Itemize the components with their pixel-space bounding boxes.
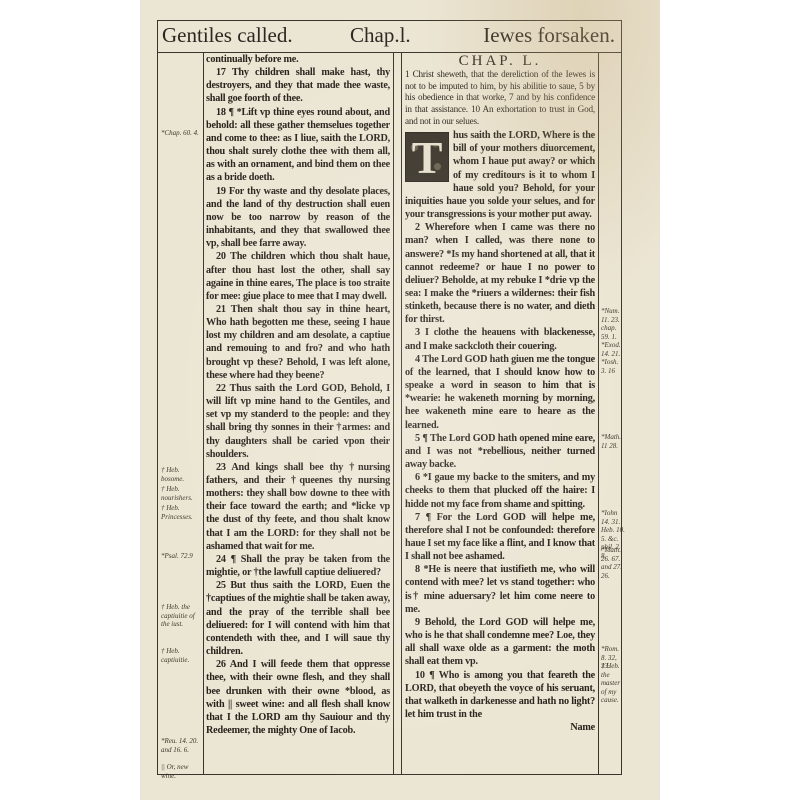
left-margin-rule: [203, 53, 204, 774]
verse-paragraph: 19 For thy waste and thy desolate places…: [206, 185, 390, 251]
verse-paragraph: 8 *He is neere that iustifieth me, who w…: [405, 563, 595, 616]
verse-paragraph: 21 Then shalt thou say in thine heart, W…: [206, 303, 390, 382]
center-rule-a: [393, 53, 394, 774]
running-head: Gentiles called. Chap.l. Iewes forsaken.: [158, 21, 621, 53]
margin-note: *Exod. 14. 21.: [601, 341, 625, 358]
catchword: Name: [405, 721, 595, 734]
verse-paragraph: 9 Behold, the Lord GOD will helpe me, wh…: [405, 616, 595, 669]
margin-note: || Or, new wine.: [161, 763, 201, 780]
verse-paragraph: 22 Thus saith the Lord GOD, Behold, I wi…: [206, 382, 390, 461]
verse-paragraph: continually before me.: [206, 53, 390, 66]
margin-note: *Math. 26. 67. and 27. 26.: [601, 546, 625, 580]
right-margin-rule: [598, 53, 599, 774]
margin-note: † Heb. the captiuitie of the iust.: [161, 603, 201, 629]
verse-paragraph: 20 The children which thou shalt haue, a…: [206, 250, 390, 303]
ornamental-drop-cap: T: [405, 132, 449, 182]
left-margin-notes: *Chap. 60. 4. † Heb. bosome. † Heb. nour…: [158, 53, 203, 773]
margin-note: *Math. 11 28.: [601, 433, 625, 450]
center-rule-b: [401, 53, 402, 774]
chapter-title: CHAP. L.: [405, 55, 595, 68]
verse-paragraph: 10 ¶ Who is among you that feareth the L…: [405, 669, 595, 722]
margin-note: † Heb. bosome.: [161, 466, 201, 483]
margin-note: *Reu. 14. 20. and 16. 6.: [161, 737, 201, 754]
verse-paragraph: 25 But thus saith the LORD, Euen the †ca…: [206, 579, 390, 658]
verse-paragraph: 5 ¶ The Lord GOD hath opened mine eare, …: [405, 432, 595, 471]
verse-paragraph: 4 The Lord GOD hath giuen me the tongue …: [405, 353, 595, 432]
verse-paragraph: 18 ¶ *Lift vp thine eyes round about, an…: [206, 106, 390, 185]
page-frame: Gentiles called. Chap.l. Iewes forsaken.…: [157, 20, 622, 775]
margin-note: † Heb. the master of my cause.: [601, 662, 625, 705]
margin-note: *Psal. 72.9: [161, 552, 201, 561]
right-margin-notes: *Num. 11. 23. chap. 59. 1. *Exod. 14. 21…: [600, 53, 623, 773]
verse-paragraph: 24 ¶ Shall the pray be taken from the mi…: [206, 553, 390, 579]
running-head-chapter: Chap.l.: [350, 23, 411, 48]
verse-paragraph: 17 Thy children shall make hast, thy des…: [206, 66, 390, 105]
summary-text: 1 Christ sheweth, that the dereliction o…: [405, 69, 595, 127]
bible-page: Gentiles called. Chap.l. Iewes forsaken.…: [140, 0, 660, 800]
margin-note: *Chap. 60. 4.: [161, 129, 201, 138]
verse-paragraph: 3 I clothe the heauens with blackenesse,…: [405, 326, 595, 352]
running-head-right: Iewes forsaken.: [483, 23, 615, 48]
first-verse: Thus saith the LORD, Where is the bill o…: [405, 129, 595, 221]
verse-paragraph: 26 And I will feede them that oppresse t…: [206, 658, 390, 737]
running-head-left: Gentiles called.: [162, 23, 293, 48]
verse-paragraph: 2 Wherefore when I came was there no man…: [405, 221, 595, 326]
margin-note: *Iosh. 3. 16: [601, 358, 625, 375]
margin-note: † Heb. captiuitie.: [161, 647, 201, 664]
right-verses: 2 Wherefore when I came was there no man…: [405, 221, 595, 721]
left-text-column: continually before me.17 Thy children sh…: [206, 53, 390, 737]
verse-paragraph: 6 *I gaue my backe to the smiters, and m…: [405, 471, 595, 510]
verse-paragraph: 23 And kings shall bee thy †nursing fath…: [206, 461, 390, 553]
margin-note: *Num. 11. 23. chap. 59. 1.: [601, 307, 625, 341]
chapter-summary: 1 Christ sheweth, that the dereliction o…: [405, 69, 595, 127]
margin-note: † Heb. nourishers.: [161, 485, 201, 502]
margin-note: † Heb. Princesses.: [161, 504, 201, 521]
right-text-column: CHAP. L. 1 Christ sheweth, that the dere…: [405, 53, 595, 734]
verse-paragraph: 7 ¶ For the Lord GOD will helpe me, ther…: [405, 511, 595, 564]
